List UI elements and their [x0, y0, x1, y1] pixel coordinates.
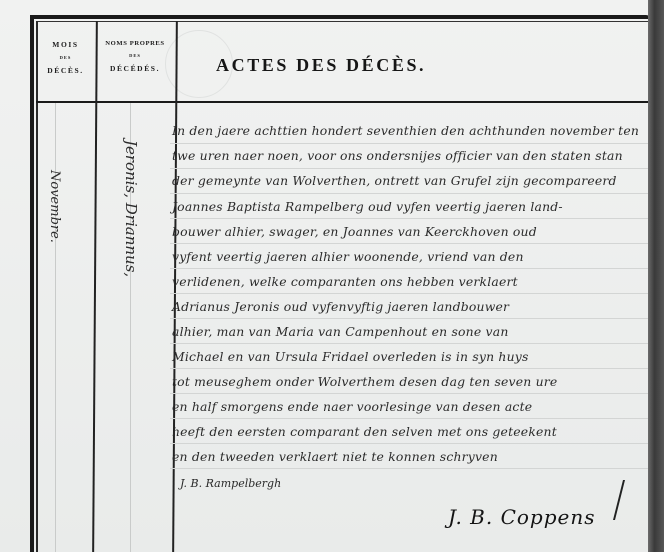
act-text-line: en den tweeden verklaert niet te konnen …: [172, 449, 498, 464]
header-names-of-deceased: NOMS PROPRES DES DÉCÉDÉS.: [96, 40, 174, 73]
act-text-line: tot meuseghem onder Wolverthem desen dag…: [172, 374, 557, 389]
ruled-line: [170, 293, 648, 294]
act-text-line: Michael en van Ursula Fridael overleden …: [172, 349, 529, 364]
ruled-line: [170, 393, 648, 394]
ruled-line: [170, 318, 648, 319]
ruled-line: [170, 443, 648, 444]
act-text-line: heeft den eersten comparant den selven m…: [172, 424, 557, 439]
act-text-line: twe uren naer noen, voor ons ondersnijes…: [172, 148, 623, 163]
ruled-line: [170, 143, 648, 144]
ruled-line: [170, 168, 648, 169]
death-month: Novembre.: [47, 170, 62, 243]
act-text-line: der gemeynte van Wolverthen, ontrett van…: [172, 173, 617, 188]
register-page: MOIS DES DÉCÈS. NOMS PROPRES DES DÉCÉDÉS…: [0, 0, 664, 552]
act-text-line: In den jaere achttien hondert seventhien…: [172, 123, 639, 138]
witness-signature: J. B. Rampelbergh: [180, 477, 281, 490]
frame-top-inner-border: [36, 21, 648, 22]
header-divider: [36, 101, 650, 103]
act-text-line: Adrianus Jeronis oud vyfenvyftig jaeren …: [172, 299, 509, 314]
act-text-line: bouwer alhier, swager, en Joannes van Ke…: [172, 224, 537, 239]
page-title: ACTES DES DÉCÈS.: [216, 55, 426, 76]
act-text-line: Joannes Baptista Rampelberg oud vyfen ve…: [172, 199, 563, 214]
ruled-line: [170, 218, 648, 219]
ruled-line: [170, 468, 648, 469]
act-text-line: alhier, man van Maria van Campenhout en …: [172, 324, 509, 339]
act-text-line: en half smorgens ende naer voorlesinge v…: [172, 399, 532, 414]
frame-left-border: [30, 15, 34, 552]
deceased-name: Jeronis, Driannus,: [122, 140, 140, 277]
act-text-line: verlidenen, welke comparanten ons hebben…: [172, 274, 518, 289]
officer-signature: J. B. Coppens: [448, 505, 596, 529]
frame-top-border: [30, 15, 650, 19]
ruled-line: [170, 268, 648, 269]
signature-flourish: [603, 480, 625, 520]
ruled-line: [170, 343, 648, 344]
ruled-line: [170, 418, 648, 419]
act-text-line: vyfent veertig jaeren alhier woonende, v…: [172, 249, 524, 264]
page-binding-edge: [648, 0, 664, 552]
header-month-of-deaths: MOIS DES DÉCÈS.: [37, 40, 94, 75]
ruled-line: [170, 243, 648, 244]
ruled-line: [170, 193, 648, 194]
ruled-line: [170, 368, 648, 369]
